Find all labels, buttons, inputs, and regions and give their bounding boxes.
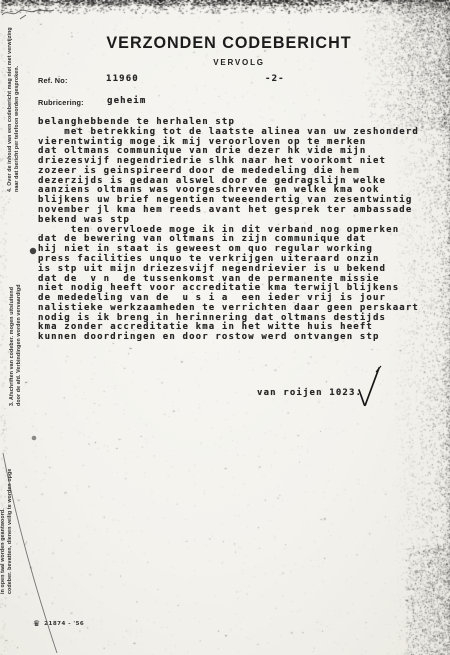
- margin-note-4: 4. Over de inhoud van een codebericht ma…: [7, 27, 21, 192]
- classification-label: Rubricering:: [38, 98, 84, 107]
- margin-note-clipped: in open taal worden geantwoord. codeber.…: [0, 469, 14, 594]
- ref-no-value: 11960: [106, 74, 139, 84]
- message-body: belanghebbende te herhalen stp met betre…: [38, 118, 438, 343]
- document-subtitle: VERVOLG: [14, 58, 450, 67]
- margin-note-3: 3. Afschriften van codeber. mogen uitslu…: [9, 284, 23, 406]
- printers-mark: ♛ 21874 - '56: [33, 620, 84, 628]
- ink-blot: [30, 248, 36, 254]
- handwritten-check-icon: [359, 368, 379, 405]
- form-number: 21874 - '56: [44, 621, 84, 627]
- classification-value: geheim: [107, 96, 146, 106]
- handwritten-scribble-icon: [2, 10, 54, 19]
- handwritten-check-icon-tail: [376, 366, 381, 372]
- ref-no-label: Ref. No:: [38, 76, 68, 85]
- scanned-document-page: VERZONDEN CODEBERICHT VERVOLG Ref. No: 1…: [0, 0, 450, 655]
- ink-blot-small: [32, 436, 37, 441]
- document-title: VERZONDEN CODEBERICHT: [9, 34, 450, 53]
- signature-line: van roijen 1023.: [257, 388, 362, 398]
- page-number: -2-: [265, 74, 285, 84]
- crown-printers-mark-icon: ♛: [33, 620, 40, 628]
